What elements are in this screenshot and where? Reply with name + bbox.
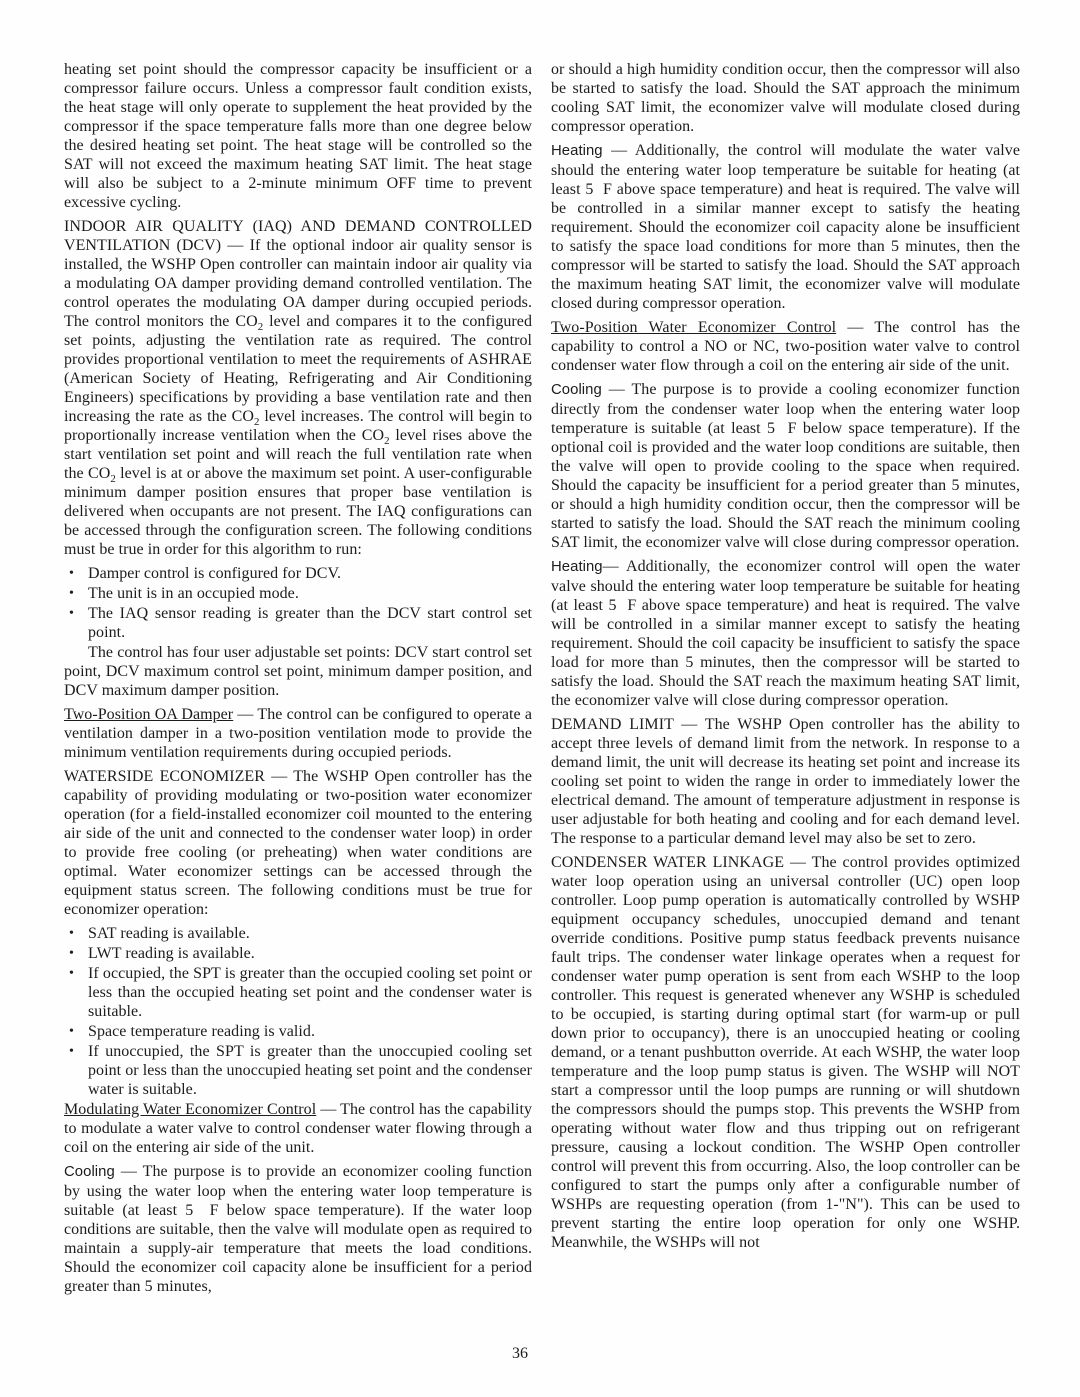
- bullet-text: SAT reading is available.: [88, 924, 532, 943]
- paragraph: Cooling — The purpose is to provide an e…: [64, 1162, 532, 1296]
- text-run: If unoccupied, the SPT is greater than t…: [88, 1043, 532, 1098]
- bullet-item: •Space temperature reading is valid.: [64, 1022, 532, 1041]
- bullet-icon: •: [64, 564, 88, 583]
- bullet-text: The unit is in an occupied mode.: [88, 584, 532, 603]
- bullet-icon: •: [64, 924, 88, 943]
- bullet-icon: •: [64, 584, 88, 603]
- bullet-item: •The unit is in an occupied mode.: [64, 584, 532, 603]
- bullet-icon: •: [64, 604, 88, 642]
- text-run: — Additionally, the economizer control w…: [551, 558, 1020, 709]
- bullet-item: •If occupied, the SPT is greater than th…: [64, 964, 532, 1021]
- bullet-text: Damper control is configured for DCV.: [88, 564, 532, 583]
- run-in-subheading: Cooling: [64, 1164, 115, 1180]
- text-run: Space temperature reading is valid.: [88, 1023, 315, 1040]
- text-run: Damper control is configured for DCV.: [88, 565, 341, 582]
- paragraph: or should a high humidity condition occu…: [551, 60, 1020, 136]
- text-run: DEMAND LIMIT — The WSHP Open controller …: [551, 716, 1020, 847]
- text-run: The unit is in an occupied mode.: [88, 585, 299, 602]
- bullet-item: •Damper control is configured for DCV.: [64, 564, 532, 583]
- text-run: The control has four user adjustable set…: [64, 644, 532, 699]
- text-run: heating set point should the compressor …: [64, 61, 532, 211]
- document-page: heating set point should the compressor …: [0, 0, 1080, 1397]
- run-in-subheading: Heating: [551, 143, 603, 159]
- bullet-item: •SAT reading is available.: [64, 924, 532, 943]
- page-number: 36: [0, 1345, 1040, 1363]
- right-column: or should a high humidity condition occu…: [551, 60, 1020, 1257]
- text-run: — Additionally, the control will modulat…: [551, 142, 1020, 312]
- run-in-subheading: Cooling: [551, 382, 602, 398]
- paragraph: Two-Position OA Damper — The control can…: [64, 705, 532, 762]
- bullet-icon: •: [64, 944, 88, 963]
- paragraph: Cooling — The purpose is to provide a co…: [551, 380, 1020, 552]
- text-run: If occupied, the SPT is greater than the…: [88, 965, 532, 1020]
- paragraph: INDOOR AIR QUALITY (IAQ) AND DEMAND CONT…: [64, 217, 532, 559]
- text-run: SAT reading is available.: [88, 925, 250, 942]
- paragraph: CONDENSER WATER LINKAGE — The control pr…: [551, 853, 1020, 1252]
- text-run: level is at or above the maximum set poi…: [64, 465, 532, 558]
- run-in-subheading: Heating: [551, 559, 603, 575]
- bullet-text: The IAQ sensor reading is greater than t…: [88, 604, 532, 642]
- paragraph: Heating— Additionally, the economizer co…: [551, 557, 1020, 710]
- text-run: LWT reading is available.: [88, 945, 255, 962]
- paragraph: DEMAND LIMIT — The WSHP Open controller …: [551, 715, 1020, 848]
- left-column: heating set point should the compressor …: [64, 60, 532, 1301]
- run-in-heading: Two-Position OA Damper: [64, 706, 233, 723]
- text-run: or should a high humidity condition occu…: [551, 61, 1020, 135]
- paragraph: WATERSIDE ECONOMIZER — The WSHP Open con…: [64, 767, 532, 919]
- text-run: CONDENSER WATER LINKAGE — The control pr…: [551, 854, 1020, 1251]
- paragraph: Two-Position Water Economizer Control — …: [551, 318, 1020, 375]
- bullet-text: If occupied, the SPT is greater than the…: [88, 964, 532, 1021]
- bullet-icon: •: [64, 964, 88, 1021]
- bullet-icon: •: [64, 1042, 88, 1099]
- paragraph: Heating — Additionally, the control will…: [551, 141, 1020, 313]
- paragraph: The control has four user adjustable set…: [64, 643, 532, 700]
- bullet-text: If unoccupied, the SPT is greater than t…: [88, 1042, 532, 1099]
- bullet-item: •If unoccupied, the SPT is greater than …: [64, 1042, 532, 1099]
- paragraph: heating set point should the compressor …: [64, 60, 532, 212]
- run-in-heading: Modulating Water Economizer Control: [64, 1101, 316, 1118]
- text-run: WATERSIDE ECONOMIZER — The WSHP Open con…: [64, 768, 532, 918]
- bullet-text: LWT reading is available.: [88, 944, 532, 963]
- run-in-heading: Two-Position Water Economizer Control: [551, 319, 836, 336]
- bullet-item: •LWT reading is available.: [64, 944, 532, 963]
- text-run: The IAQ sensor reading is greater than t…: [88, 605, 532, 641]
- bullet-text: Space temperature reading is valid.: [88, 1022, 532, 1041]
- text-run: — The purpose is to provide an economize…: [64, 1163, 532, 1295]
- text-run: — The purpose is to provide a cooling ec…: [551, 381, 1020, 551]
- paragraph: Modulating Water Economizer Control — Th…: [64, 1100, 532, 1157]
- bullet-item: •The IAQ sensor reading is greater than …: [64, 604, 532, 642]
- bullet-icon: •: [64, 1022, 88, 1041]
